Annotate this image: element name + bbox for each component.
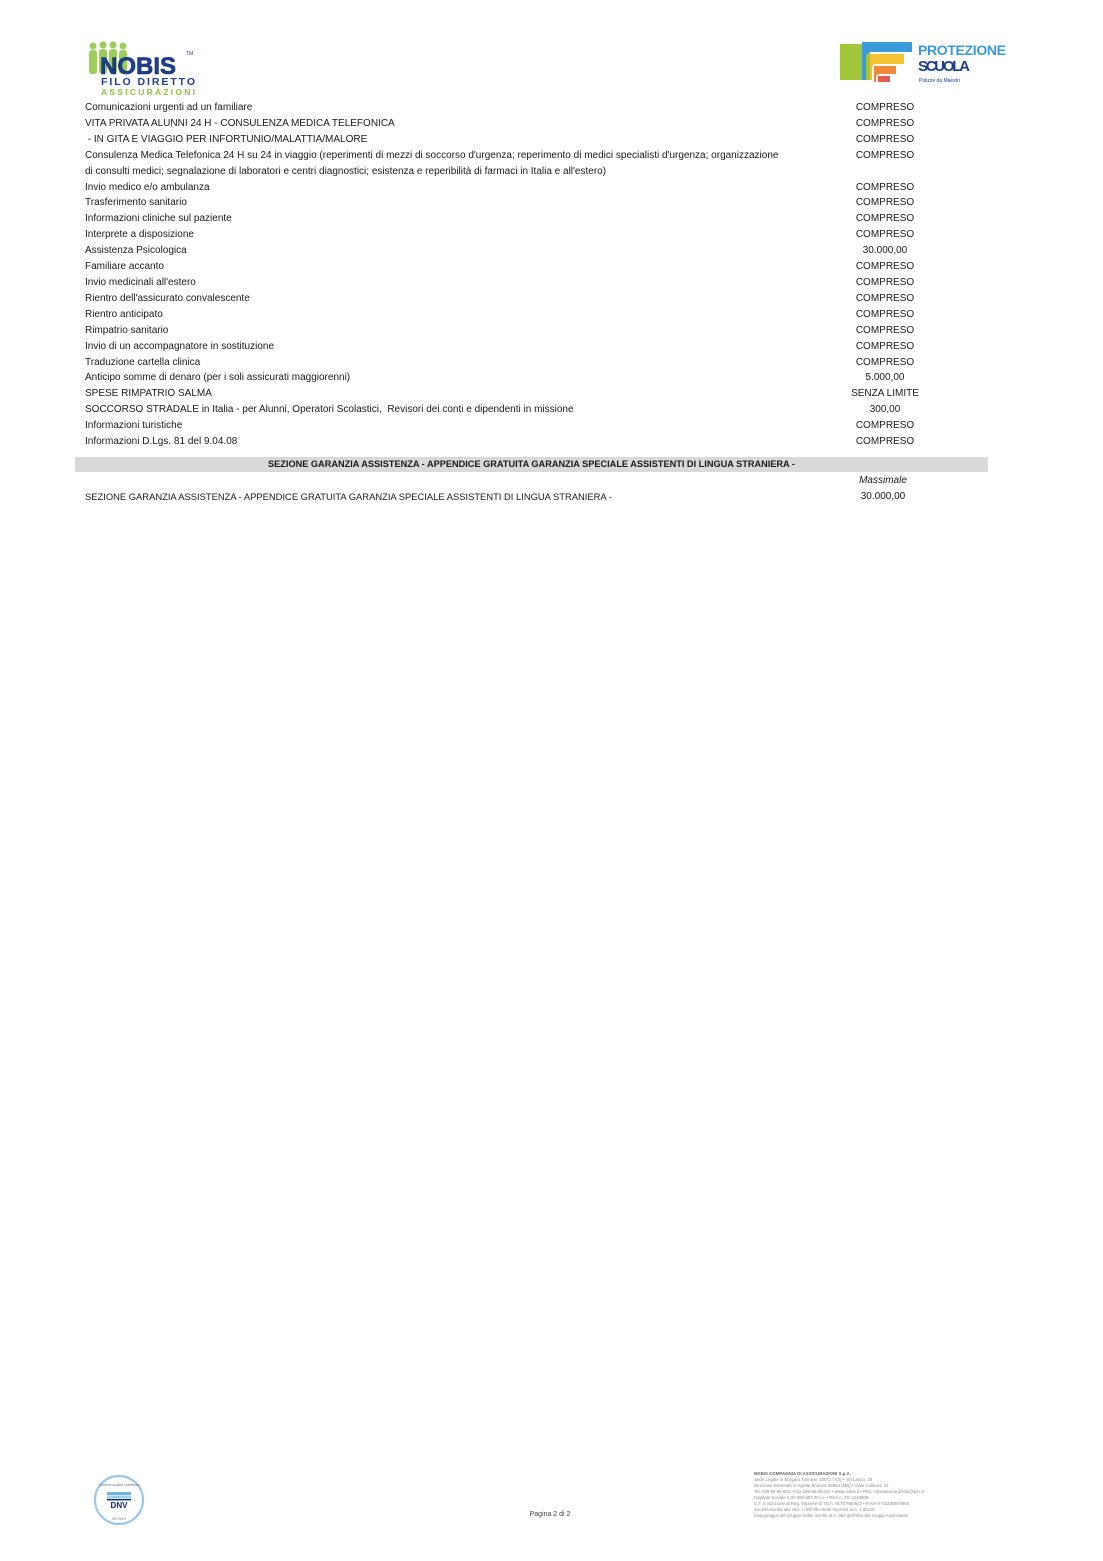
svg-text:Sistema qualità certificato: Sistema qualità certificato	[99, 1483, 140, 1487]
coverage-value: COMPRESO	[829, 148, 941, 164]
coverage-value: COMPRESO	[829, 323, 941, 339]
coverage-value: COMPRESO	[829, 227, 941, 243]
coverage-row: Rientro anticipatoCOMPRESO	[85, 307, 945, 323]
coverage-label: Rientro dell'assicurato convalescente	[85, 291, 785, 307]
coverage-value: COMPRESO	[829, 195, 941, 211]
coverage-label: Traduzione cartella clinica	[85, 355, 785, 371]
coverage-label: Comunicazioni urgenti ad un familiare	[85, 100, 785, 116]
coverage-label: VITA PRIVATA ALUNNI 24 H - CONSULENZA ME…	[85, 116, 785, 132]
coverage-value: COMPRESO	[829, 132, 941, 148]
coverage-label: Familiare accanto	[85, 259, 785, 275]
coverage-label: SPESE RIMPATRIO SALMA	[85, 386, 785, 402]
coverage-label: Rientro anticipato	[85, 307, 785, 323]
coverage-row: SPESE RIMPATRIO SALMASENZA LIMITE	[85, 386, 945, 402]
nobis-filo-diretto-logo: NOBIS TM FILO DIRETTO ASSICURAZIONI	[86, 40, 206, 98]
svg-text:TM: TM	[186, 51, 193, 57]
coverage-label: Invio medicinali all'estero	[85, 275, 785, 291]
coverage-value: COMPRESO	[829, 339, 941, 355]
svg-text:ISO 9001: ISO 9001	[112, 1517, 126, 1521]
company-info-line: Capogruppo del Gruppo Nobis iscritto al …	[754, 1513, 1014, 1519]
coverage-row: Invio medicinali all'esteroCOMPRESO	[85, 275, 945, 291]
coverage-row: - IN GITA E VIAGGIO PER INFORTUNIO/MALAT…	[85, 132, 945, 148]
protezione-scuola-logo: PROTEZIONE SCUOLA Polizze da Maestri	[840, 40, 1010, 86]
coverage-row: Traduzione cartella clinicaCOMPRESO	[85, 355, 945, 371]
coverage-row: Informazioni cliniche sul pazienteCOMPRE…	[85, 211, 945, 227]
massimale-column-header: Massimale	[829, 474, 937, 488]
page-number: Pagina 2 di 2	[500, 1511, 600, 1518]
coverage-label: Informazioni turistiche	[85, 418, 785, 434]
coverage-value: COMPRESO	[829, 100, 941, 116]
coverage-row: Familiare accantoCOMPRESO	[85, 259, 945, 275]
coverage-label: - IN GITA E VIAGGIO PER INFORTUNIO/MALAT…	[85, 132, 785, 148]
coverage-row: Trasferimento sanitarioCOMPRESO	[85, 195, 945, 211]
coverage-label: Invio medico e/o ambulanza	[85, 180, 785, 196]
coverage-row: Rientro dell'assicurato convalescenteCOM…	[85, 291, 945, 307]
coverage-label: Informazioni cliniche sul paziente	[85, 211, 785, 227]
dnv-certification-badge: Sistema qualità certificato DNV ISO 9001	[86, 1472, 152, 1528]
coverage-value: 5.000,00	[829, 370, 941, 386]
coverage-value: COMPRESO	[829, 355, 941, 371]
coverage-row: VITA PRIVATA ALUNNI 24 H - CONSULENZA ME…	[85, 116, 945, 132]
coverage-label: SOCCORSO STRADALE in Italia - per Alunni…	[85, 402, 785, 418]
svg-text:SCUOLA: SCUOLA	[918, 58, 970, 75]
coverage-label: Interprete a disposizione	[85, 227, 785, 243]
coverage-row: Comunicazioni urgenti ad un familiareCOM…	[85, 100, 945, 116]
coverage-row: Informazioni turisticheCOMPRESO	[85, 418, 945, 434]
coverage-row: Invio medico e/o ambulanzaCOMPRESO	[85, 180, 945, 196]
coverage-row: Consulenza Medica Telefonica 24 H su 24 …	[85, 148, 945, 180]
coverage-value: SENZA LIMITE	[829, 386, 941, 402]
coverage-value: COMPRESO	[829, 259, 941, 275]
svg-text:ASSICURAZIONI: ASSICURAZIONI	[101, 87, 195, 97]
coverage-value: COMPRESO	[829, 291, 941, 307]
coverage-value: 300,00	[829, 402, 941, 418]
coverage-value: COMPRESO	[829, 180, 941, 196]
coverage-value: COMPRESO	[829, 116, 941, 132]
coverage-row: Interprete a disposizioneCOMPRESO	[85, 227, 945, 243]
coverage-row: Rimpatrio sanitarioCOMPRESO	[85, 323, 945, 339]
coverage-row: SOCCORSO STRADALE in Italia - per Alunni…	[85, 402, 945, 418]
section-row-label: SEZIONE GARANZIA ASSISTENZA - APPENDICE …	[85, 490, 612, 504]
coverage-row: Assistenza Psicologica30.000,00	[85, 243, 945, 259]
svg-text:PROTEZIONE: PROTEZIONE	[918, 42, 1006, 58]
coverage-value: COMPRESO	[829, 275, 941, 291]
coverage-value: COMPRESO	[829, 211, 941, 227]
coverage-value: COMPRESO	[829, 307, 941, 323]
coverage-label: Consulenza Medica Telefonica 24 H su 24 …	[85, 148, 785, 180]
coverage-label: Rimpatrio sanitario	[85, 323, 785, 339]
section-header: SEZIONE GARANZIA ASSISTENZA - APPENDICE …	[75, 457, 988, 472]
company-info: NOBIS COMPAGNIA DI ASSICURAZIONI S.p.A.S…	[754, 1471, 1014, 1519]
coverage-row: Informazioni D.Lgs. 81 del 9.04.08COMPRE…	[85, 434, 945, 450]
coverage-table: Comunicazioni urgenti ad un familiareCOM…	[85, 100, 945, 450]
coverage-label: Informazioni D.Lgs. 81 del 9.04.08	[85, 434, 785, 450]
coverage-label: Anticipo somme di denaro (per i soli ass…	[85, 370, 785, 386]
coverage-label: Invio di un accompagnatore in sostituzio…	[85, 339, 785, 355]
svg-text:Polizze da Maestri: Polizze da Maestri	[919, 78, 960, 84]
coverage-value: 30.000,00	[829, 243, 941, 259]
coverage-row: Invio di un accompagnatore in sostituzio…	[85, 339, 945, 355]
svg-text:DNV: DNV	[111, 1501, 129, 1510]
coverage-label: Assistenza Psicologica	[85, 243, 785, 259]
coverage-value: COMPRESO	[829, 418, 941, 434]
coverage-value: COMPRESO	[829, 434, 941, 450]
section-row-value: 30.000,00	[829, 490, 937, 504]
coverage-label: Trasferimento sanitario	[85, 195, 785, 211]
coverage-row: Anticipo somme di denaro (per i soli ass…	[85, 370, 945, 386]
